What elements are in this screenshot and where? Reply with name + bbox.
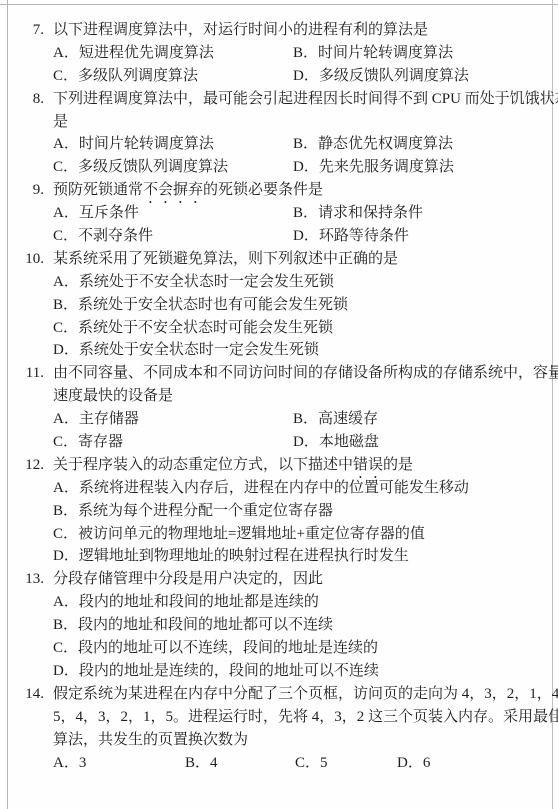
stem-line: 预防死锁通常不会摒弃的死锁必要条件是 [53,179,552,202]
option-a: A．时间片轮转调度算法 [53,133,293,156]
number-spacer [8,42,44,65]
question-13-option-row: D．段内的地址是连续的，段间的地址可以不连续 [8,660,552,683]
stem-line: 由不同容量、不同成本和不同访问时间的存储设备所构成的存储系统中，容量最小 [53,362,558,385]
option-b: B．段内的地址和段间的地址都可以不连续 [53,614,333,637]
number-spacer [8,156,44,179]
stem-line: 某系统采用了死锁避免算法，则下列叙述中正确的是 [53,248,552,271]
question-11-option-row: C．寄存器D．本地磁盘 [8,431,552,454]
stem-text: 速度最快的设备是 [53,388,173,404]
question-9-option-row: C．不剥夺条件D．环路等待条件 [8,225,552,248]
stem-text: 预防死锁通常 [53,182,143,198]
question-number: 8. [8,88,44,111]
option-b: B．系统处于安全状态时也有可能会发生死锁 [53,294,348,317]
stem-text: 5，4，3，2，1，5。进程运行时，先将 4，3，2 这三个页装入内存。采用最佳… [53,709,558,725]
number-spacer [8,65,44,88]
question-list: 7.以下进程调度算法中，对运行时间小的进程有利的算法是A．短进程优先调度算法B．… [8,19,552,774]
stem-text: 某系统采用了死锁避免算法，则下列叙述中正确的是 [53,251,398,267]
question-11-stem: 11.由不同容量、不同成本和不同访问时间的存储设备所构成的存储系统中，容量最小 [8,362,552,385]
number-spacer [8,545,44,568]
question-14-option-row: A．3B．4C．5D．6 [8,752,552,775]
question-7-option-row: A．短进程优先调度算法B．时间片轮转调度算法 [8,42,552,65]
option-c: C．5 [295,752,397,775]
question-number: 13. [8,568,44,591]
question-8-option-row: A．时间片轮转调度算法B．静态优先权调度算法 [8,133,552,156]
option-d: D．段内的地址是连续的，段间的地址可以不连续 [53,660,379,683]
option-c: C．系统处于不安全状态时可能会发生死锁 [53,317,333,340]
question-13-stem: 13.分段存储管理中分段是用户决定的，因此 [8,568,552,591]
stem-line: 速度最快的设备是 [53,385,552,408]
option-d: D．6 [397,752,430,775]
option-a: A．系统处于不安全状态时一定会发生死锁 [53,271,334,294]
number-spacer [8,500,44,523]
question-8-stem: 8.下列进程调度算法中，最可能会引起进程因长时间得不到 CPU 而处于饥饿状态的 [8,88,552,111]
number-spacer [8,339,44,362]
question-10-stem: 10.某系统采用了死锁避免算法，则下列叙述中正确的是 [8,248,552,271]
option-d: D．逻辑地址到物理地址的映射过程在进程执行时发生 [53,545,409,568]
option-c: C．段内的地址可以不连续，段间的地址是连续的 [53,637,378,660]
stem-line: 分段存储管理中分段是用户决定的，因此 [53,568,552,591]
question-13-option-row: A．段内的地址和段间的地址都是连续的 [8,591,552,614]
option-d: D．先来先服务调度算法 [293,156,454,179]
number-spacer [8,431,44,454]
question-number: 12. [8,454,44,477]
question-11-stem-cont: 速度最快的设备是 [8,385,552,408]
number-spacer [8,729,44,752]
question-14-stem-cont: 算法，共发生的页置换次数为 [8,729,552,752]
stem-text: 下列进程调度算法中，最可能会引起进程因长时间得不到 CPU 而处于饥饿状态的 [53,91,558,107]
stem-line: 关于程序装入的动态重定位方式，以下描述中错误的是 [53,454,552,477]
stem-line: 算法，共发生的页置换次数为 [53,729,552,752]
stem-text: 的死锁必要条件是 [203,182,323,198]
question-number: 10. [8,248,44,271]
question-number: 7. [8,19,44,42]
stem-line: 是 [53,111,552,134]
option-b: B．高速缓存 [293,408,378,431]
stem-text: 由不同容量、不同成本和不同访问时间的存储设备所构成的存储系统中，容量最小 [53,365,558,381]
option-c: C．不剥夺条件 [53,225,293,248]
question-10-option-row: B．系统处于安全状态时也有可能会发生死锁 [8,294,552,317]
stem-line: 假定系统为某进程在内存中分配了三个页框，访问页的走向为 4，3，2，1，4，3， [53,683,558,706]
option-b: B．时间片轮转调度算法 [293,42,453,65]
option-b: B．请求和保持条件 [293,202,423,225]
page-border-top [0,4,558,5]
question-12-stem: 12.关于程序装入的动态重定位方式，以下描述中错误的是 [8,454,552,477]
question-8-stem-cont: 是 [8,111,552,134]
option-d: D．多级反馈队列调度算法 [293,65,469,88]
question-12-option-row: B．系统为每个进程分配一个重定位寄存器 [8,500,552,523]
question-14-stem: 14.假定系统为某进程在内存中分配了三个页框，访问页的走向为 4，3，2，1，4… [8,683,552,706]
stem-line: 以下进程调度算法中，对运行时间小的进程有利的算法是 [53,19,552,42]
option-a: A．短进程优先调度算法 [53,42,293,65]
option-b: B．4 [185,752,295,775]
question-13-option-row: C．段内的地址可以不连续，段间的地址是连续的 [8,637,552,660]
option-a: A．系统将进程装入内存后，进程在内存中的位置可能发生移动 [53,477,469,500]
stem-text: 分段存储管理中分段是用户决定的，因此 [53,571,323,587]
emphasized-text: 不会摒弃 [143,182,203,198]
option-d: D．本地磁盘 [293,431,379,454]
stem-text: 的是 [383,457,413,473]
stem-text: 关于程序装入的动态重定位方式，以下描述中 [53,457,353,473]
question-10-option-row: D．系统处于安全状态时一定会发生死锁 [8,339,552,362]
number-spacer [8,752,44,775]
number-spacer [8,111,44,134]
option-a: A．主存储器 [53,408,293,431]
number-spacer [8,317,44,340]
option-b: B．静态优先权调度算法 [293,133,453,156]
question-7-stem: 7.以下进程调度算法中，对运行时间小的进程有利的算法是 [8,19,552,42]
question-9-option-row: A．互斥条件B．请求和保持条件 [8,202,552,225]
number-spacer [8,294,44,317]
number-spacer [8,591,44,614]
question-number: 11. [8,362,44,385]
question-12-option-row: D．逻辑地址到物理地址的映射过程在进程执行时发生 [8,545,552,568]
option-b: B．系统为每个进程分配一个重定位寄存器 [53,500,333,523]
question-number: 9. [8,179,44,202]
question-11-option-row: A．主存储器B．高速缓存 [8,408,552,431]
number-spacer [8,385,44,408]
number-spacer [8,637,44,660]
question-14-stem-cont: 5，4，3，2，1，5。进程运行时，先将 4，3，2 这三个页装入内存。采用最佳… [8,706,552,729]
option-c: C．被访问单元的物理地址=逻辑地址+重定位寄存器的值 [53,523,425,546]
stem-text: 是 [53,114,68,130]
stem-text: 以下进程调度算法中，对运行时间小的进程有利的算法是 [53,22,428,38]
question-10-option-row: A．系统处于不安全状态时一定会发生死锁 [8,271,552,294]
option-a: A．段内的地址和段间的地址都是连续的 [53,591,319,614]
emphasized-text: 错误 [353,457,383,473]
option-a: A．3 [53,752,185,775]
option-d: D．系统处于安全状态时一定会发生死锁 [53,339,319,362]
number-spacer [8,202,44,225]
option-d: D．环路等待条件 [293,225,409,248]
stem-text: 算法，共发生的页置换次数为 [53,732,248,748]
exam-page: { "page": { "background": "#fefefe", "te… [0,0,558,809]
question-12-option-row: A．系统将进程装入内存后，进程在内存中的位置可能发生移动 [8,477,552,500]
option-a: A．互斥条件 [53,202,293,225]
number-spacer [8,523,44,546]
number-spacer [8,133,44,156]
option-c: C．寄存器 [53,431,293,454]
question-9-stem: 9.预防死锁通常不会摒弃的死锁必要条件是 [8,179,552,202]
option-c: C．多级反馈队列调度算法 [53,156,293,179]
question-13-option-row: B．段内的地址和段间的地址都可以不连续 [8,614,552,637]
number-spacer [8,225,44,248]
question-number: 14. [8,683,44,706]
number-spacer [8,408,44,431]
question-7-option-row: C．多级队列调度算法D．多级反馈队列调度算法 [8,65,552,88]
option-c: C．多级队列调度算法 [53,65,293,88]
stem-line: 下列进程调度算法中，最可能会引起进程因长时间得不到 CPU 而处于饥饿状态的 [53,88,558,111]
stem-line: 5，4，3，2，1，5。进程运行时，先将 4，3，2 这三个页装入内存。采用最佳… [53,706,558,729]
number-spacer [8,614,44,637]
number-spacer [8,477,44,500]
question-12-option-row: C．被访问单元的物理地址=逻辑地址+重定位寄存器的值 [8,523,552,546]
question-8-option-row: C．多级反馈队列调度算法D．先来先服务调度算法 [8,156,552,179]
question-10-option-row: C．系统处于不安全状态时可能会发生死锁 [8,317,552,340]
number-spacer [8,660,44,683]
number-spacer [8,706,44,729]
stem-text: 假定系统为某进程在内存中分配了三个页框，访问页的走向为 4，3，2，1，4，3， [53,686,558,702]
number-spacer [8,271,44,294]
